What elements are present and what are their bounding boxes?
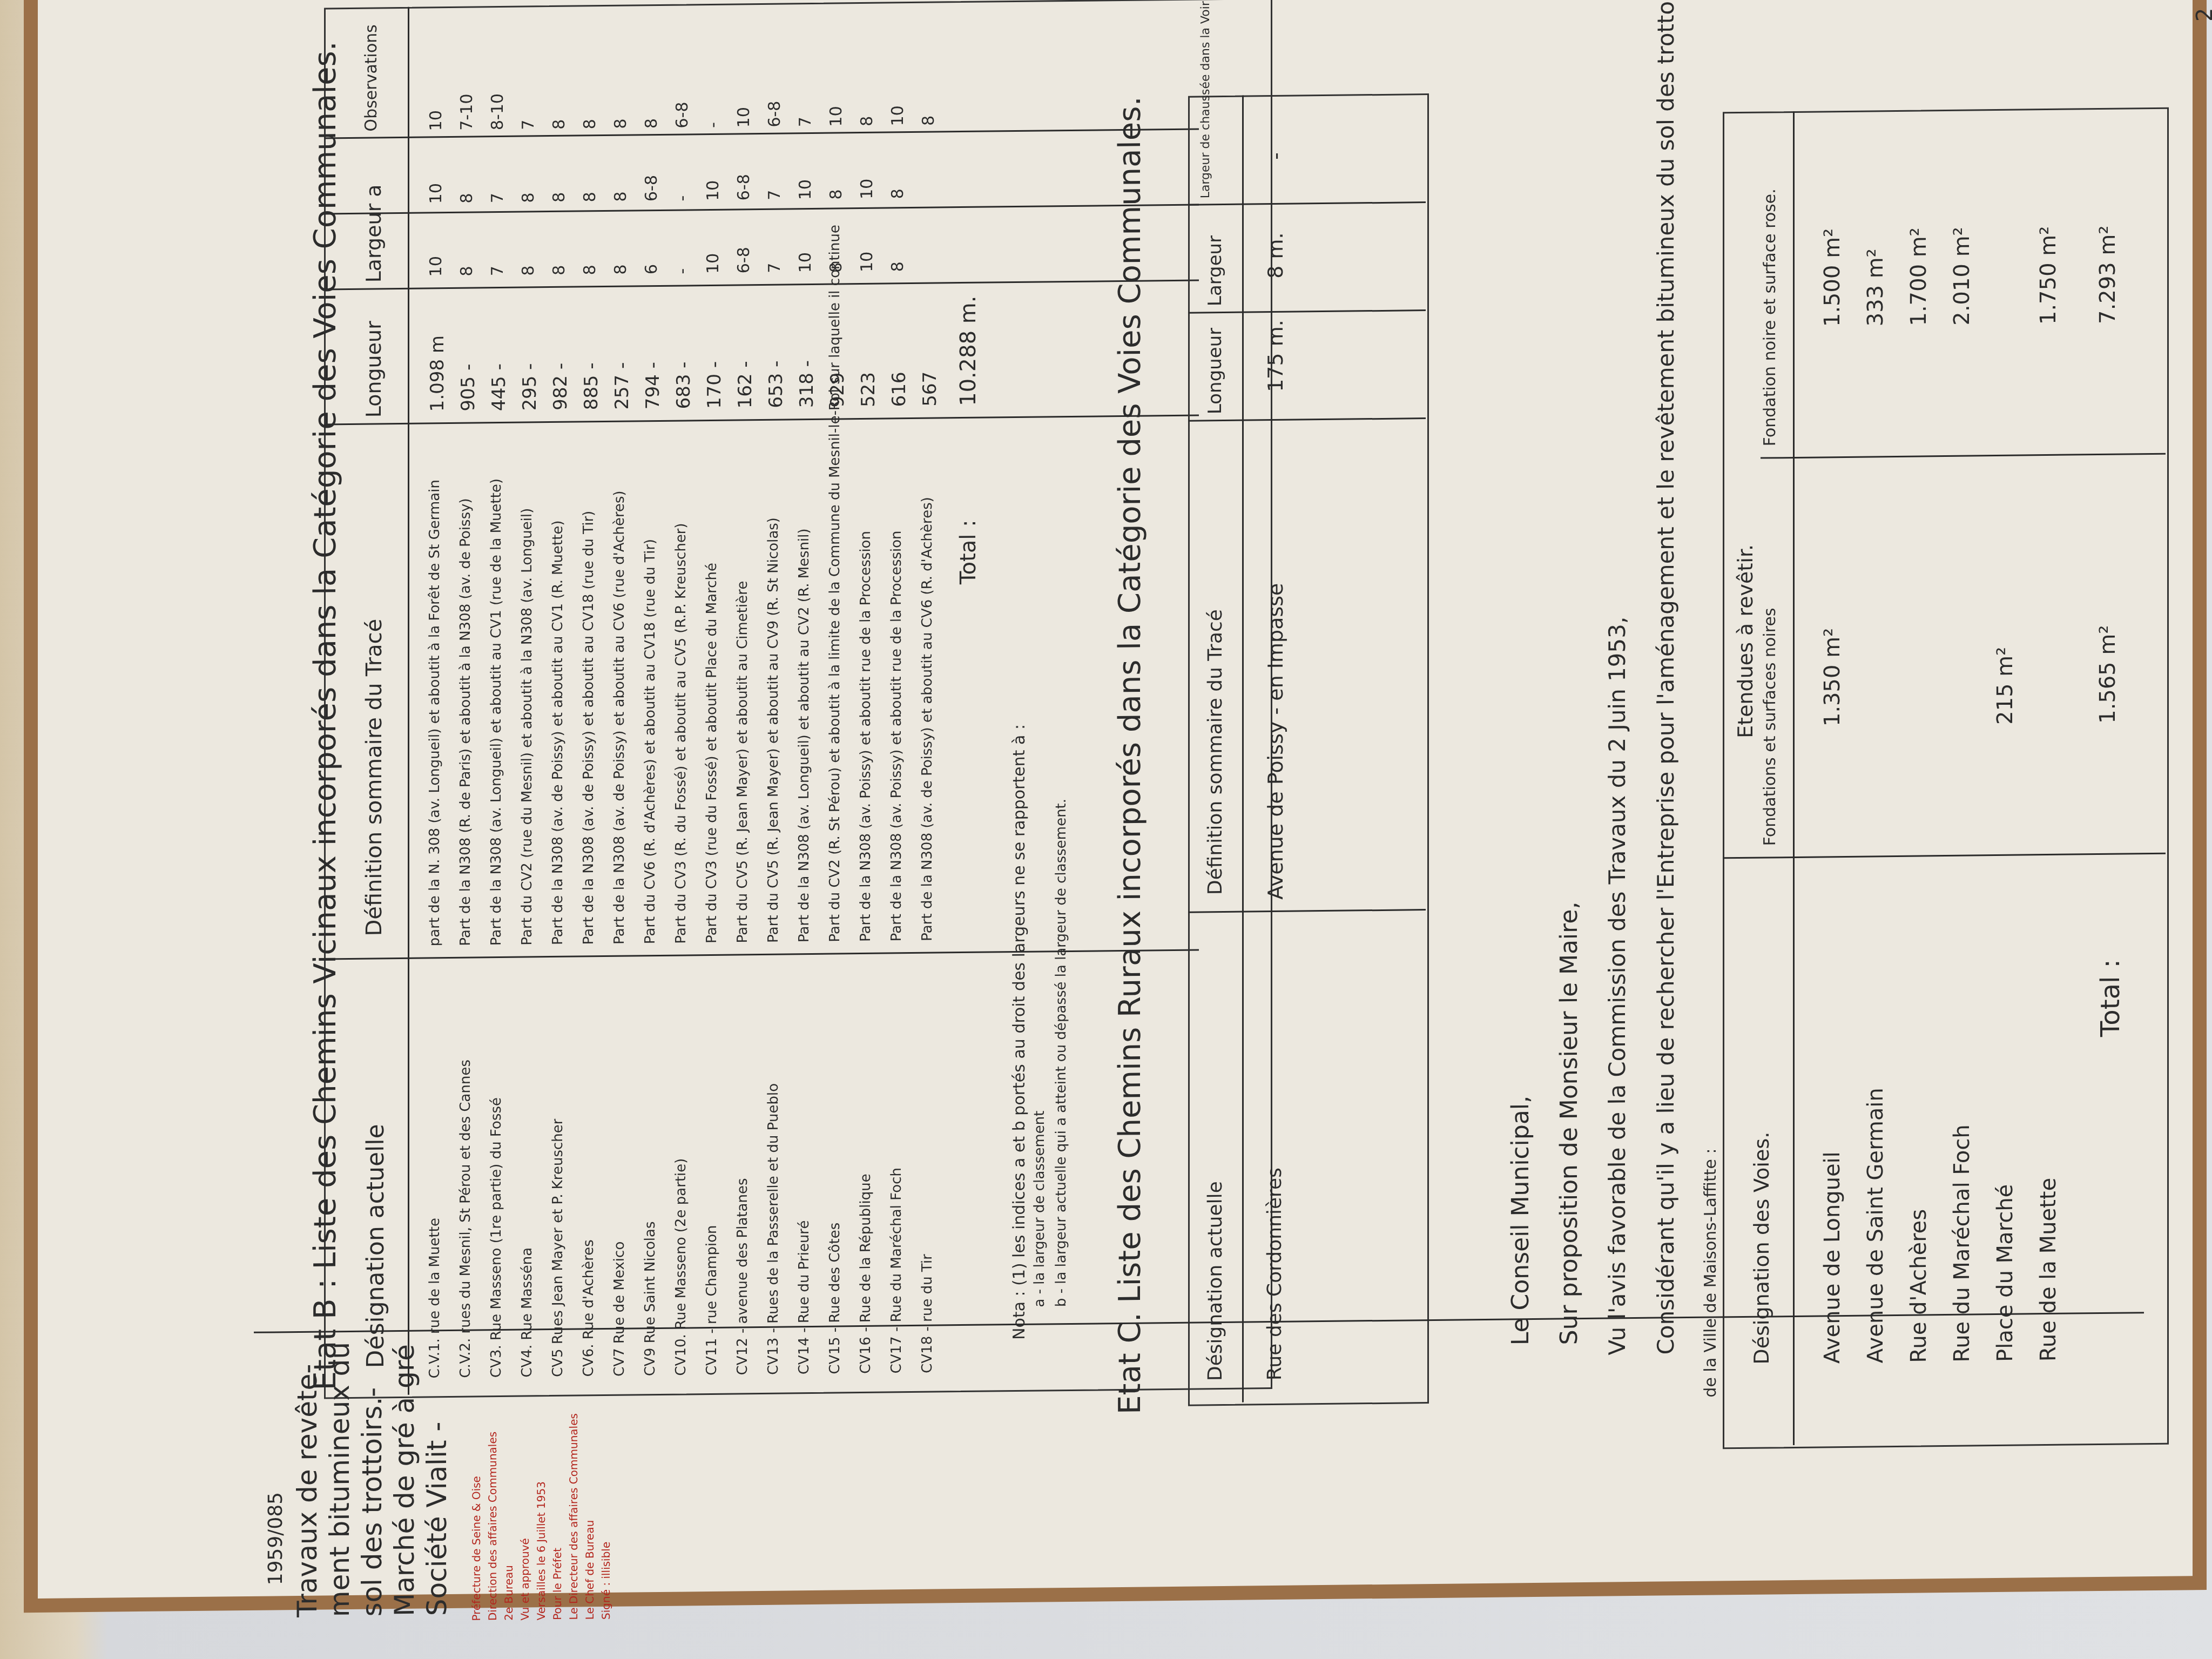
surfaces-total-label: Total : — [2095, 959, 2126, 1037]
etat-b-row-longueur: 929 — [827, 372, 848, 407]
etat-c-col-chaussee: Largeur de chaussée dans la Voirie Commu… — [1199, 0, 1212, 198]
etat-b-row-largeur-c: 8 — [550, 119, 569, 130]
etat-b-col-observations: Observations — [362, 24, 381, 132]
deliberation-line-4: Considérant qu'il y a lieu de rechercher… — [1653, 0, 1679, 1355]
etat-b-row-designation: CV18 - rue du Tir — [919, 1254, 935, 1373]
etat-b-row-longueur: 567 — [919, 372, 941, 407]
etat-b-row-largeur-b: 8 — [519, 192, 538, 203]
surfaces-col-noires: Fondations et surfaces noires — [1761, 608, 1779, 846]
etat-b-header-divider — [408, 7, 409, 1395]
etat-b-row-largeur-c: 8-10 — [488, 93, 507, 130]
etat-b-row-largeur-c: 8 — [611, 118, 630, 129]
etat-b-total-label: Total : — [956, 520, 981, 584]
margin-ref-number: 1959/085 — [265, 1492, 287, 1586]
surfaces-total-noires: 1.565 m² — [2095, 625, 2120, 724]
etat-b-row-largeur-a: 10 — [704, 253, 723, 274]
etat-c-header-divider — [1242, 96, 1244, 1402]
etat-b-note-2: a - la largeur de classement — [1031, 1111, 1048, 1307]
etat-b-row-largeur-a: - — [673, 268, 692, 274]
etat-c-title: Etat C. Liste des Chemins Ruraux incorpo… — [1112, 96, 1148, 1414]
etat-b-row-definition: Part de la N308 (av. Longueil) et abouti… — [488, 478, 504, 946]
etat-b-row-largeur-a: 10 — [858, 252, 876, 273]
etat-b-row-definition: Part de la N308 (av. de Poissy) et about… — [550, 520, 566, 945]
etat-b-row-largeur-a: 8 — [550, 265, 569, 275]
etat-b-row-largeur-b: 7 — [488, 193, 507, 203]
margin-red-note: Versailles le 6 Juillet 1953 — [535, 1481, 548, 1620]
surfaces-row-noires: 1.350 m² — [1820, 628, 1845, 727]
corner-label: 2 — [2193, 8, 2212, 22]
etat-b-row-definition: Part de la N308 (av. Longueil) et abouti… — [796, 528, 812, 942]
etat-b-row-largeur-c: - — [704, 122, 723, 128]
etat-b-row-definition: Part de la N308 (av. de Poissy) et about… — [611, 490, 628, 945]
etat-b-row-largeur-b: 8 — [888, 188, 907, 199]
etat-b-row-definition: Part de la N308 (av. de Poissy) et about… — [919, 497, 935, 941]
etat-b-row-designation: CV17 - Rue du Maréchal Foch — [888, 1168, 905, 1374]
surfaces-row-rose: 1.500 m² — [1820, 228, 1845, 327]
etat-b-row-largeur-b: 10 — [427, 183, 446, 204]
etat-b-row-longueur: 162 - — [734, 361, 756, 408]
surfaces-row-voie: Avenue de Longueil — [1820, 1151, 1845, 1364]
etat-b-row-longueur: 982 - — [550, 363, 571, 410]
deliberation-line-2: Sur proposition de Monsieur le Maire, — [1555, 901, 1583, 1345]
etat-b-row-definition: Part du CV3 (R. du Fossé) et aboutit au … — [673, 523, 689, 943]
etat-b-row-largeur-a: 8 — [888, 261, 907, 272]
etat-b-row-largeur-b: 8 — [581, 192, 599, 202]
etat-c-row-longueur: 175 m. — [1264, 320, 1287, 392]
etat-b-row-largeur-a: 7 — [488, 266, 507, 276]
etat-b-row-definition: Part de la N308 (av. de Poissy) et about… — [581, 510, 597, 945]
etat-b-row-largeur-c: 8 — [581, 119, 599, 129]
etat-b-row-designation: CV5 Rues Jean Mayer et P. Kreuscher — [550, 1119, 566, 1378]
deliberation-line-1: Le Conseil Municipal, — [1507, 1096, 1534, 1346]
deliberation-line-5: de la Ville de Maisons-Laffitte : — [1701, 1148, 1720, 1397]
etat-b-row-definition: Part du CV2 (rue du Mesnil) et aboutit à… — [519, 508, 535, 946]
surfaces-col-rose: Fondation noire et surface rose. — [1761, 188, 1779, 447]
etat-b-row-largeur-b: - — [673, 195, 692, 201]
etat-b-row-longueur: 295 - — [519, 363, 541, 410]
etat-b-row-designation: CV14 - Rue du Prieuré — [796, 1220, 812, 1374]
etat-b-row-designation: CV12 - avenue des Platanes — [734, 1178, 751, 1375]
etat-b-row-definition: Part de la N308 (av. Poissy) et aboutit … — [858, 531, 874, 942]
etat-b-row-designation: CV6. Rue d'Achères — [581, 1239, 597, 1377]
surfaces-row-voie: Avenue de Saint Germain — [1863, 1088, 1888, 1364]
etat-b-row-designation: CV11 - rue Champion — [704, 1225, 720, 1375]
etat-b-row-largeur-c: 8 — [642, 118, 661, 129]
etat-b-row-definition: Part de la N308 (R. de Paris) et aboutit… — [457, 498, 474, 946]
etat-b-col-largeur: Largeur a — [362, 184, 386, 282]
etat-b-col-longueur: Longueur — [362, 321, 386, 418]
margin-red-note: Le Directeur des affaires Communales — [567, 1413, 580, 1620]
etat-b-row-largeur-b: 10 — [704, 180, 723, 201]
etat-c-col-designation: Désignation actuelle — [1204, 1181, 1226, 1381]
surfaces-col-voie: Désignation des Voies. — [1750, 1131, 1773, 1364]
etat-b-row-longueur: 523 — [858, 372, 879, 407]
etat-b-row-largeur-b: 10 — [858, 179, 876, 200]
etat-b-row-designation: CV4. Rue Masséna — [519, 1247, 535, 1378]
etat-b-row-largeur-c: 10 — [827, 106, 846, 127]
etat-b-row-designation: CV9 Rue Saint Nicolas — [642, 1221, 658, 1376]
etat-b-row-largeur-a: 8 — [827, 262, 846, 272]
etat-b-row-longueur: 885 - — [581, 362, 602, 410]
etat-c-row-designation: Rue des Cordonnières — [1264, 1168, 1286, 1380]
surfaces-row-rose: 2.010 m² — [1950, 227, 1974, 326]
etat-c-col-definition: Définition sommaire du Tracé — [1204, 609, 1226, 895]
margin-red-note: Direction des affaires Communales — [486, 1432, 499, 1621]
etat-b-row-largeur-b: 8 — [457, 193, 476, 203]
etat-b-row-largeur-c: 7-10 — [457, 93, 476, 130]
surfaces-row-voie: Rue de la Muette — [2036, 1178, 2061, 1362]
etat-b-row-longueur: 1.098 m — [427, 335, 448, 412]
margin-title-line: Travaux de revête- — [292, 1364, 323, 1617]
etat-c-col-largeur: Largeur — [1204, 235, 1226, 307]
etat-b-row-designation: C.V.1. rue de la Muette — [427, 1218, 443, 1378]
etat-b-row-designation: CV7 Rue de Mexico — [611, 1242, 628, 1377]
etat-b-row-largeur-a: 6-8 — [734, 247, 753, 273]
etat-b-row-largeur-a: 8 — [457, 266, 476, 276]
etat-b-row-largeur-c: 6-8 — [673, 102, 692, 128]
etat-b-row-largeur-a: 8 — [519, 265, 538, 275]
deliberation-line-3: Vu l'avis favorable de la Commission des… — [1604, 617, 1630, 1355]
ledger-page: Etat B : Liste des Chemins Vicinaux inco… — [38, 0, 2193, 1599]
margin-red-note: Signé : illisible — [599, 1542, 612, 1620]
etat-b-row-largeur-b: 8 — [550, 192, 569, 203]
margin-red-note: 2e Bureau — [502, 1565, 515, 1621]
surfaces-total-rose: 7.293 m² — [2095, 225, 2120, 324]
etat-b-row-definition: part de la N. 308 (av. Longueil) et abou… — [427, 480, 443, 947]
etat-b-row-longueur: 616 — [888, 372, 910, 407]
etat-b-row-longueur: 905 - — [457, 363, 479, 411]
etat-b-row-longueur: 653 - — [765, 360, 787, 408]
etat-b-title: Etat B : Liste des Chemins Vicinaux inco… — [308, 41, 343, 1391]
etat-b-row-largeur-a: 10 — [427, 256, 446, 277]
etat-b-total-value: 10.288 m. — [956, 295, 981, 406]
etat-b-row-largeur-c: 10 — [888, 105, 907, 126]
surfaces-row-noires: 215 m² — [1993, 647, 2018, 725]
etat-b-row-largeur-b: 6-8 — [734, 174, 753, 200]
etat-b-row-largeur-a: 8 — [611, 264, 630, 274]
surfaces-row-rose: 1.750 m² — [2036, 226, 2061, 325]
etat-b-row-largeur-c: 8 — [858, 116, 876, 126]
margin-title-line: sol des trottoirs.- — [356, 1387, 388, 1616]
surfaces-row-voie: Rue du Maréchal Foch — [1950, 1124, 1974, 1363]
etat-b-row-designation: CV10. Rue Masseno (2e partie) — [673, 1158, 689, 1375]
etat-b-row-largeur-b: 6-8 — [642, 175, 661, 201]
etat-b-row-designation: CV16 - Rue de la République — [858, 1174, 874, 1374]
etat-b-row-largeur-b: 8 — [827, 189, 846, 199]
surfaces-row-voie: Place du Marché — [1993, 1184, 2018, 1363]
etat-b-row-longueur: 170 - — [704, 361, 725, 409]
margin-red-note: Pour le Préfet — [551, 1548, 564, 1620]
etat-b-row-designation: CV13 - Rues de la Passerelle et du Puebl… — [765, 1083, 781, 1375]
etat-b-row-definition: Part du CV2 (R. St Pérou) et aboutit à l… — [827, 225, 843, 942]
etat-b-row-largeur-c: 6-8 — [765, 101, 784, 127]
surfaces-title: Etendues à revêtir. — [1734, 544, 1757, 738]
margin-red-note: Le Chef de Bureau — [583, 1520, 596, 1620]
etat-b-row-designation: CV15 - Rue des Côtes — [827, 1223, 843, 1374]
etat-c-col-longueur: Longueur — [1204, 328, 1226, 415]
etat-b-row-definition: Part de la N308 (av. Poissy) et aboutit … — [888, 530, 905, 941]
margin-title-line: Marché de gré à gré — [389, 1344, 420, 1616]
etat-b-row-longueur: 683 - — [673, 361, 694, 409]
etat-b-note-1: Nota : (1) les indices a et b portés au … — [1010, 724, 1029, 1340]
etat-b-row-largeur-b: 7 — [765, 190, 784, 200]
etat-b-row-largeur-c: 10 — [427, 110, 446, 131]
etat-b-row-definition: Part du CV3 (rue du Fossé) et aboutit Pl… — [704, 563, 720, 943]
etat-b-row-longueur: 794 - — [642, 362, 664, 409]
etat-b-row-largeur-b: 8 — [611, 191, 630, 201]
etat-b-row-definition: Part du CV6 (R. d'Achères) et aboutit au… — [642, 539, 658, 945]
etat-b-row-largeur-a: 6 — [642, 264, 661, 274]
surfaces-row-rose: 1.700 m² — [1906, 227, 1931, 326]
surfaces-row-voie: Rue d'Achères — [1906, 1209, 1931, 1363]
etat-b-row-longueur: 318 - — [796, 360, 818, 408]
etat-b-row-largeur-b: 10 — [796, 179, 815, 200]
surfaces-row-rose: 333 m² — [1863, 248, 1888, 327]
etat-c-row-definition: Avenue de Poissy - en Impasse — [1264, 583, 1287, 900]
margin-red-note: Vu et approuvé — [518, 1538, 531, 1621]
etat-b-row-largeur-c: 7 — [519, 119, 538, 130]
margin-title-line: ment bitumineux du — [324, 1342, 355, 1617]
margin-red-note: Préfecture de Seine & Oise — [470, 1476, 483, 1621]
etat-b-row-largeur-a: 7 — [765, 262, 784, 273]
etat-c-row-chaussee: - — [1264, 152, 1287, 160]
surfaces-header-divider — [1793, 111, 1795, 1445]
etat-b-note-3: b - la largeur actuelle qui a atteint ou… — [1053, 799, 1069, 1307]
etat-b-row-longueur: 257 - — [611, 362, 633, 409]
margin-title-line: Société Vialit - — [421, 1421, 453, 1616]
etat-c-row-largeur: 8 m. — [1264, 232, 1287, 279]
etat-b-row-designation: CV3. Rue Masseno (1re partie) du Fossé — [488, 1097, 504, 1378]
etat-b-row-longueur: 445 - — [488, 363, 510, 411]
etat-b-row-largeur-c: 10 — [734, 107, 753, 128]
etat-b-row-definition: Part du CV5 (R. Jean Mayer) et aboutit a… — [734, 581, 751, 943]
etat-b-row-largeur-c: 7 — [796, 117, 815, 127]
etat-b-row-largeur-a: 10 — [796, 252, 815, 273]
etat-b-row-largeur-a: 8 — [581, 265, 599, 275]
etat-b-row-definition: Part du CV5 (R. Jean Mayer) et aboutit a… — [765, 517, 781, 943]
etat-b-col-definition: Définition sommaire du Tracé — [362, 619, 387, 936]
etat-b-row-largeur-c: 8 — [919, 115, 938, 125]
